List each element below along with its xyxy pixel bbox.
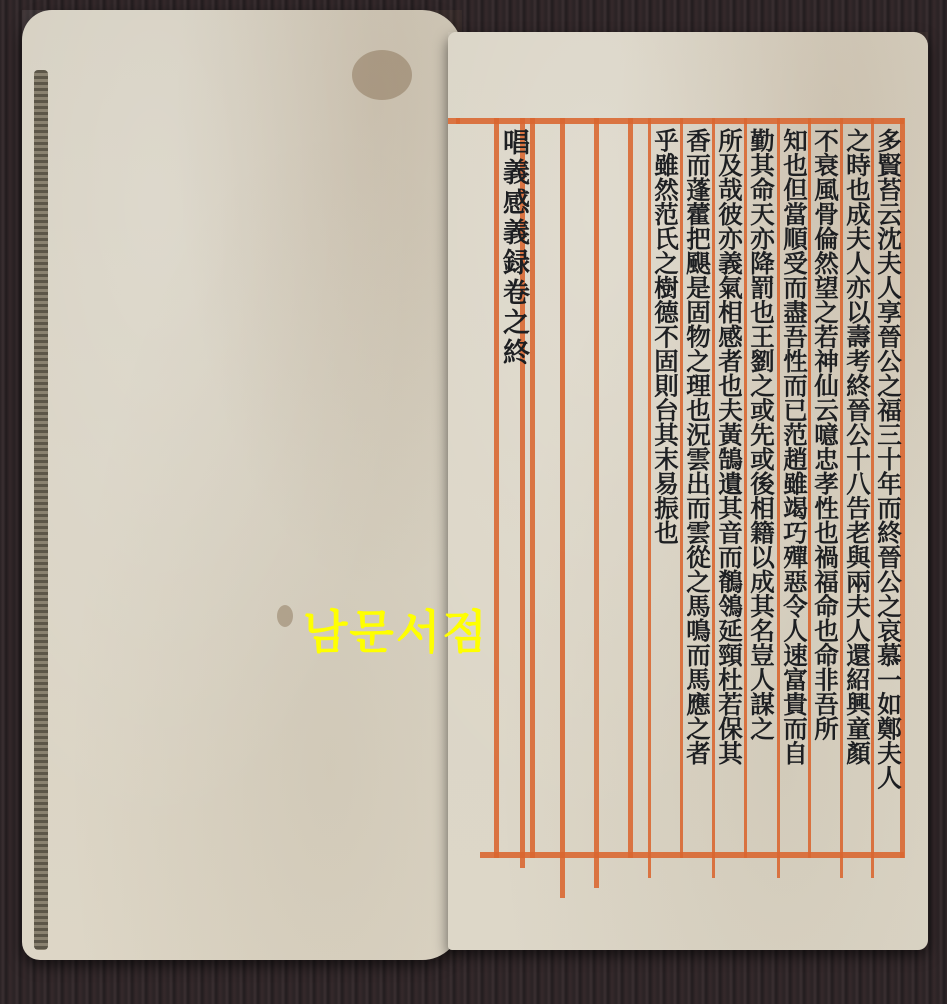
paper-stain [277,605,293,627]
text-column-5: 勤其命天亦降罰也王劉之或先或後相籍以成其名豈人謀之 [746,128,776,741]
text-column-3: 不衰風骨倫然望之若神仙云噫忠孝性也禍福命也命非吾所 [810,128,840,741]
left-page-edge-stack [34,70,48,950]
rule-tick [448,118,460,124]
text-column-7: 香而蓬藿把颶是固物之理也況雲出而雲從之馬鳴而馬應之者 [682,128,712,765]
column-rule [628,118,633,858]
column-rule [560,118,565,898]
left-page-blank [22,10,462,960]
text-column-2: 之時也成夫人亦以壽考終晉公十八告老與兩夫人還紹興童顏 [842,128,872,765]
column-rule [530,118,535,858]
text-column-8: 乎雖然范氏之樹德不固則台其末易振也 [650,128,680,545]
column-rule [594,118,599,888]
volume-end-title: 唱義感義録卷之終 [498,128,528,368]
right-page-text: 多賢苔云沈夫人享晉公之福三十年而終晉公之哀慕一如鄭夫人 之時也成夫人亦以壽考終晉… [448,32,928,950]
paper-stain [352,50,412,100]
text-column-1: 多賢苔云沈夫人享晉公之福三十年而終晉公之哀慕一如鄭夫人 [873,128,903,790]
seller-watermark: 남문서점 [303,596,489,662]
text-column-4: 知也但當順受而盡吾性而已范趙雖竭巧殫惡令人速富貴而自 [779,128,809,765]
text-column-6: 所及哉彼亦義氣相感者也夫黃鵠遺其音而鶺鴒延頸杜若保其 [714,128,744,765]
